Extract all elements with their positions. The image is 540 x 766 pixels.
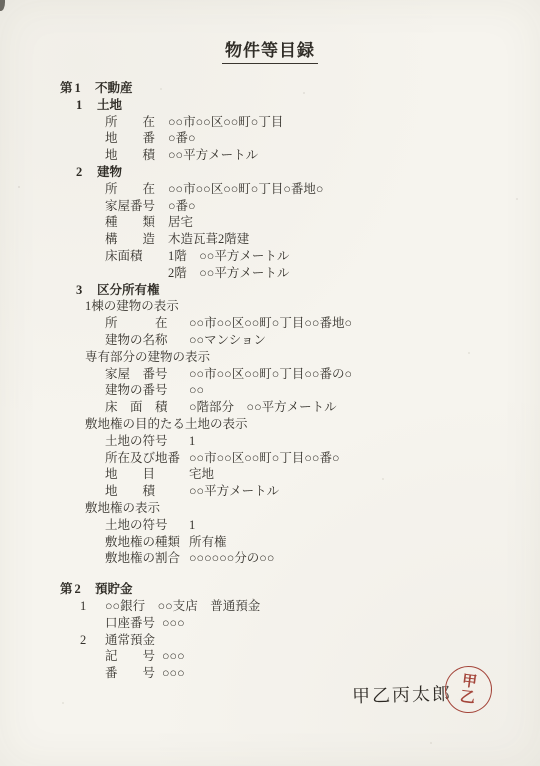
field-label: [105, 265, 168, 282]
field-label: 家屋 番号: [105, 366, 189, 383]
field-value: ○○○○○○分の○○: [189, 550, 274, 567]
field-row: 床 面 積○階部分 ○○平方メートル: [0, 399, 540, 416]
scanned-document-page: 物件等目録 第1不動産 1土地 所 在○○市○○区○○町○丁目 地 番○番○ 地…: [0, 0, 540, 766]
field-value: ○○○: [162, 648, 185, 665]
field-value: 木造瓦葺2階建: [168, 231, 249, 248]
item-title: 通常預金: [105, 632, 155, 649]
field-row: 敷地権の種類所有権: [0, 534, 540, 551]
field-value: ○○平方メートル: [168, 147, 258, 164]
field-label: 床面積: [105, 248, 168, 265]
field-value: ○○市○○区○○町○丁目○○番の○: [189, 366, 352, 383]
field-value: ○○市○○区○○町○丁目○○番地○: [189, 315, 352, 332]
field-row: 構 造木造瓦葺2階建: [0, 231, 540, 248]
field-row: 所 在○○市○○区○○町○丁目○番地○: [0, 181, 540, 198]
subsection-title: 区分所有権: [97, 283, 160, 297]
section-2-heading: 第2預貯金: [0, 581, 540, 598]
field-row: 家屋 番号○○市○○区○○町○丁目○○番の○: [0, 366, 540, 383]
field-value: ○○市○○区○○町○丁目○○番○: [189, 450, 340, 467]
deposit-item: 1○○銀行 ○○支店 普通預金: [0, 598, 540, 615]
field-value: ○番○: [168, 198, 196, 215]
field-row: 所 在○○市○○区○○町○丁目: [0, 114, 540, 131]
field-value: ○○○: [162, 665, 185, 682]
field-row: 所 在○○市○○区○○町○丁目○○番地○: [0, 315, 540, 332]
section-title: 預貯金: [95, 582, 133, 596]
field-label: 地 番: [105, 130, 168, 147]
field-label: 敷地権の種類: [105, 534, 189, 551]
field-label: 番 号: [105, 665, 162, 682]
field-label: 地 積: [105, 483, 189, 500]
item-number: 2: [80, 632, 105, 649]
field-row: 床面積1階 ○○平方メートル: [0, 248, 540, 265]
field-row: 記 号○○○: [0, 648, 540, 665]
subsection-number: 3: [76, 282, 97, 299]
seal-character-bottom: 乙: [459, 689, 476, 707]
section-number: 第1: [60, 80, 95, 97]
field-value: ○○○: [162, 615, 185, 632]
item-title: ○○銀行 ○○支店 普通預金: [105, 598, 260, 615]
field-row: 地 積○○平方メートル: [0, 483, 540, 500]
field-row: 地 目宅地: [0, 466, 540, 483]
field-row: 土地の符号1: [0, 433, 540, 450]
field-label: 敷地権の割合: [105, 550, 189, 567]
field-label: 所在及び地番: [105, 450, 189, 467]
field-row: 口座番号○○○: [0, 615, 540, 632]
field-value: ○○: [189, 382, 204, 399]
subsection-building-heading: 2建物: [0, 164, 540, 181]
field-value: 1: [189, 517, 195, 534]
field-label: 地 積: [105, 147, 168, 164]
field-label: 家屋番号: [105, 198, 168, 215]
field-value: 2階 ○○平方メートル: [168, 265, 289, 282]
field-label: 種 類: [105, 214, 168, 231]
field-label: 所 在: [105, 181, 168, 198]
field-label: 土地の符号: [105, 433, 189, 450]
field-label: 口座番号: [105, 615, 162, 632]
field-label: 土地の符号: [105, 517, 189, 534]
seal-character-top: 甲: [461, 673, 478, 691]
field-label: 所 在: [105, 315, 189, 332]
deposit-item: 2通常預金: [0, 632, 540, 649]
field-row: 建物の名称○○マンション: [0, 332, 540, 349]
field-value: 居宅: [168, 214, 193, 231]
field-value: ○○マンション: [189, 332, 266, 349]
field-value: 所有権: [189, 534, 227, 551]
field-value: 1階 ○○平方メートル: [168, 248, 289, 265]
field-label: 構 造: [105, 231, 168, 248]
field-row: 敷地権の割合○○○○○○分の○○: [0, 550, 540, 567]
field-row: 2階 ○○平方メートル: [0, 265, 540, 282]
subsection-sectional-ownership-heading: 3区分所有権: [0, 282, 540, 299]
field-value: ○階部分 ○○平方メートル: [189, 399, 337, 416]
document-body: 第1不動産 1土地 所 在○○市○○区○○町○丁目 地 番○番○ 地 積○○平方…: [0, 80, 540, 682]
field-row: 建物の番号○○: [0, 382, 540, 399]
field-label: 建物の番号: [105, 382, 189, 399]
field-row: 家屋番号○番○: [0, 198, 540, 215]
item-number: 1: [80, 598, 105, 615]
section-1-heading: 第1不動産: [0, 80, 540, 97]
field-row: 地 積○○平方メートル: [0, 147, 540, 164]
field-label: 記 号: [105, 648, 162, 665]
handwritten-signature: 甲乙丙太郎: [352, 680, 453, 709]
field-value: ○○平方メートル: [189, 483, 279, 500]
scan-noise-specks: [0, 0, 2, 2]
group-heading: 専有部分の建物の表示: [0, 349, 540, 366]
field-value: 1: [189, 433, 195, 450]
subsection-number: 1: [76, 97, 97, 114]
document-header: 物件等目録: [0, 36, 540, 64]
field-row: 種 類居宅: [0, 214, 540, 231]
group-heading: 敷地権の表示: [0, 500, 540, 517]
section-number: 第2: [60, 581, 95, 598]
field-value: ○○市○○区○○町○丁目: [168, 114, 283, 131]
field-value: ○○市○○区○○町○丁目○番地○: [168, 181, 323, 198]
field-value: ○番○: [168, 130, 196, 147]
field-label: 床 面 積: [105, 399, 189, 416]
group-heading: 1棟の建物の表示: [0, 298, 540, 315]
field-label: 地 目: [105, 466, 189, 483]
field-value: 宅地: [189, 466, 214, 483]
subsection-title: 建物: [97, 165, 122, 179]
field-row: 所在及び地番○○市○○区○○町○丁目○○番○: [0, 450, 540, 467]
field-label: 建物の名称: [105, 332, 189, 349]
field-label: 所 在: [105, 114, 168, 131]
section-title: 不動産: [95, 81, 133, 95]
document-title: 物件等目録: [222, 36, 318, 64]
group-heading: 敷地権の目的たる土地の表示: [0, 416, 540, 433]
subsection-land-heading: 1土地: [0, 97, 540, 114]
field-row: 土地の符号1: [0, 517, 540, 534]
subsection-title: 土地: [97, 98, 122, 112]
subsection-number: 2: [76, 164, 97, 181]
field-row: 地 番○番○: [0, 130, 540, 147]
